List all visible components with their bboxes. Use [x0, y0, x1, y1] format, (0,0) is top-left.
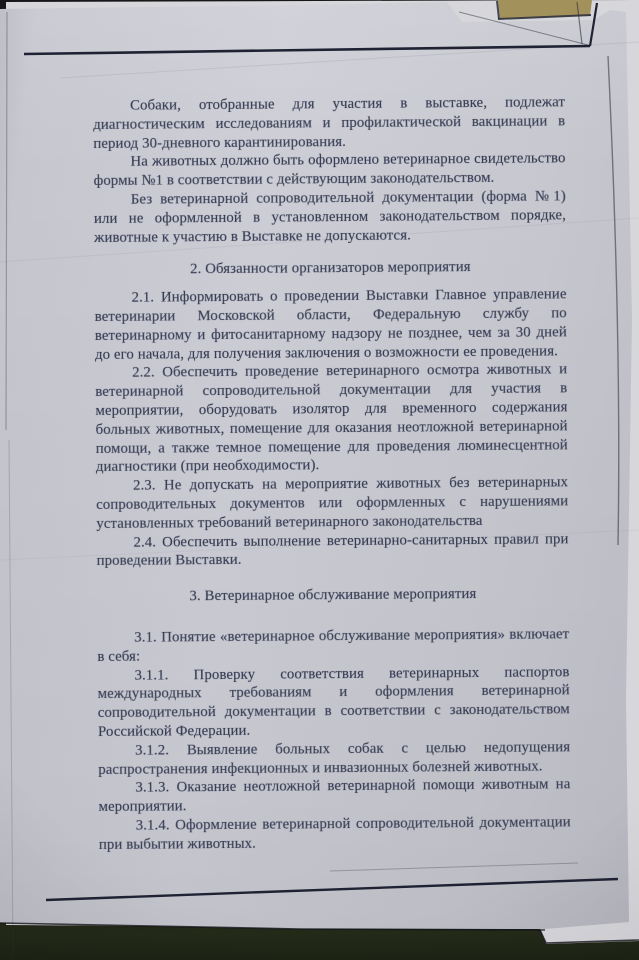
paragraph-2-4: 2.4. Обеспечить выполнение ветеринарно-с…	[96, 530, 568, 571]
paragraph-3-1-2: 3.1.2. Выявление больных собак с целью н…	[98, 738, 570, 779]
paragraph-3-1-4: 3.1.4. Оформление ветеринарной сопроводи…	[99, 813, 571, 854]
paragraph-intro-1: Собаки, отобранные для участия в выставк…	[93, 93, 565, 153]
document-text: Собаки, отобранные для участия в выставк…	[93, 93, 571, 854]
paragraph-3-1-1: 3.1.1. Проверку соответствия ветеринарны…	[97, 663, 570, 742]
section-heading-3: 3. Ветеринарное обслуживание мероприятия	[97, 584, 569, 607]
paragraph-2-3: 2.3. Не допускать на мероприятие животны…	[96, 473, 568, 533]
photo-of-document: Собаки, отобранные для участия в выставк…	[0, 0, 639, 960]
section-heading-2: 2. Обязанности организаторов мероприятия	[94, 258, 566, 281]
paragraph-2-1: 2.1. Информировать о проведении Выставки…	[95, 285, 568, 364]
paragraph-3-1: 3.1. Понятие «ветеринарное обслуживание …	[97, 625, 569, 666]
paragraph-intro-2: На животных должно быть оформлено ветери…	[93, 150, 565, 191]
paragraph-2-2: 2.2. Обеспечить проведение ветеринарного…	[95, 361, 568, 477]
paragraph-3-1-3: 3.1.3. Оказание неотложной ветеринарной …	[98, 776, 570, 817]
paragraph-intro-3: Без ветеринарной сопроводительной докуме…	[94, 187, 566, 247]
